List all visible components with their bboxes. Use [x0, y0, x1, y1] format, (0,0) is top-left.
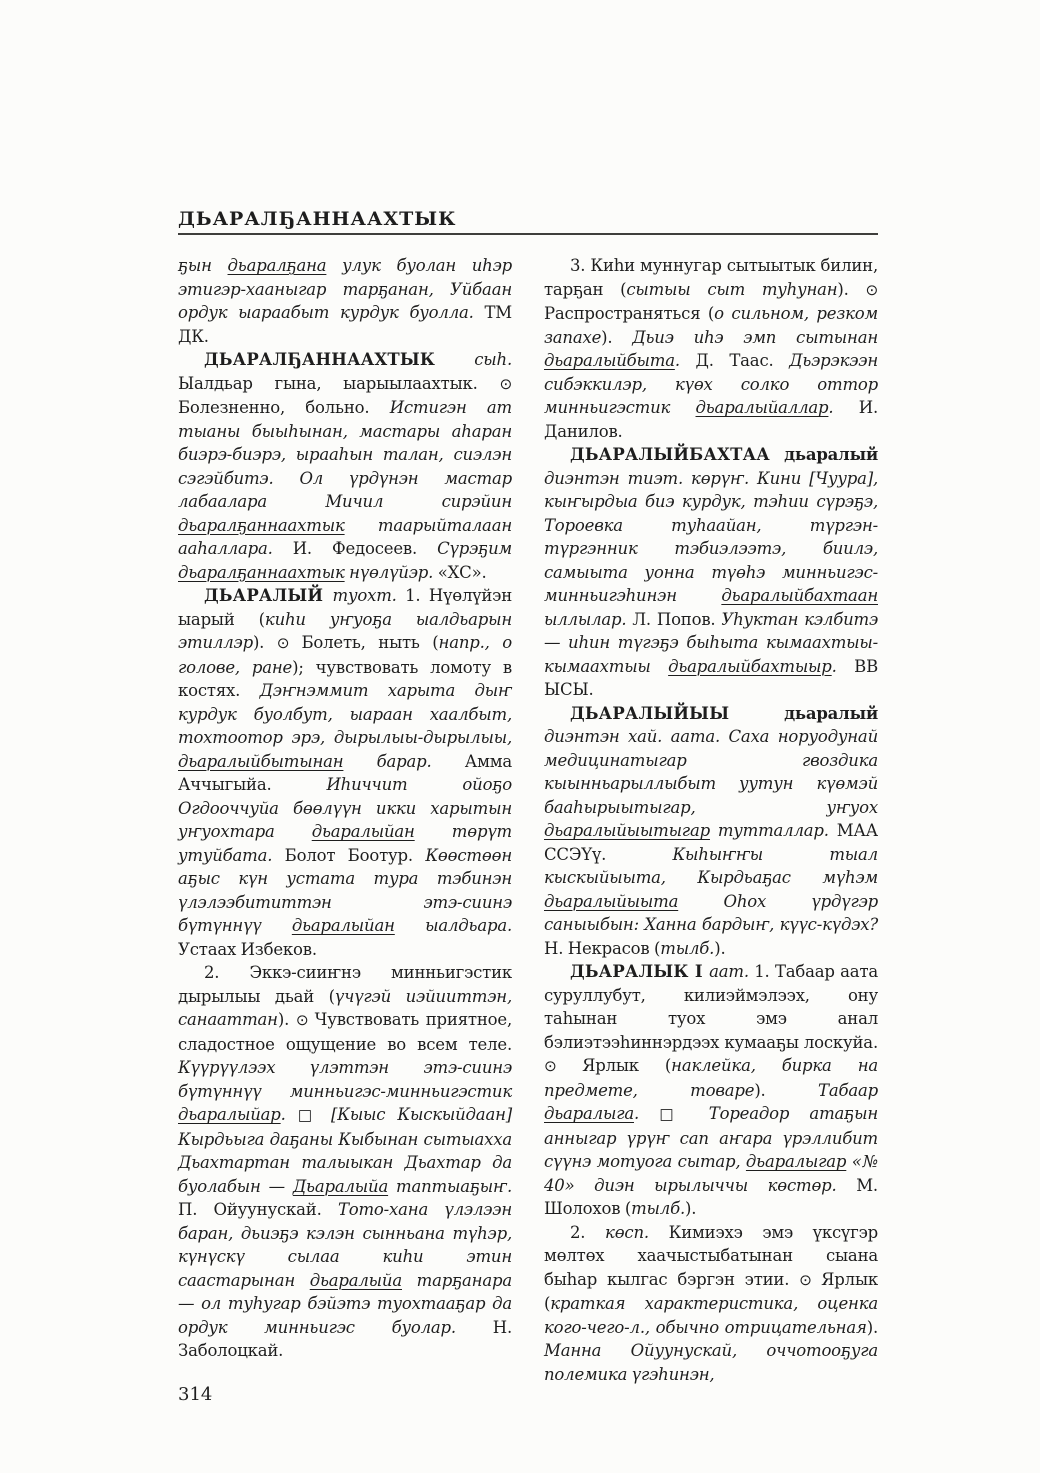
text-run: Л. Попов.	[626, 610, 721, 629]
text-run: сытыы сыт туһунан	[626, 280, 837, 299]
underlined-usage: дьаралыйа	[310, 1271, 402, 1290]
text-run: И. Федосеев.	[273, 539, 437, 558]
text-run: нүөлүйэр.	[345, 563, 434, 582]
underlined-usage: дьаралыйбахтаан	[721, 586, 878, 605]
underlined-usage: дьаралыйбытынан	[178, 752, 343, 771]
text-run: ).	[685, 1199, 696, 1218]
example-marker-icon: □	[298, 1106, 331, 1124]
entry-dyaralyi: ДЬАРАЛЫЙ туохт. 1. Нүөлүйэн ыарый (киһи …	[178, 584, 512, 961]
left-column: ҕын дьаралҕана улук буолан иһэр этигэр-х…	[178, 254, 512, 1406]
sense-2-paragraph: 2. Эккэ-сииҥнэ минньигэстик дырылыы дьай…	[178, 961, 512, 1363]
headword: ДЬАРАЛЫК I	[570, 962, 709, 981]
text-run: тылб.	[631, 1199, 685, 1218]
text-run: ).	[754, 1081, 818, 1100]
definition-marker-icon: ⊙	[866, 281, 879, 299]
header-rule	[178, 233, 878, 235]
crossref-headword: дьаралый	[784, 445, 878, 464]
text-run: краткая характеристика, оценка кого-чего…	[544, 1294, 878, 1337]
underlined-usage: дьаралыйбыта	[544, 351, 675, 370]
text-run: .	[634, 1104, 659, 1123]
text-run: Ярлык (	[582, 1056, 671, 1075]
underlined-usage: дьаралыга	[544, 1104, 634, 1123]
text-run: Устаах Избеков.	[178, 940, 317, 959]
text-run: Болезненно, больно.	[178, 398, 390, 417]
entry-dyaralgannaakhtyk: ДЬАРАЛҔАННААХТЫК сыһ. Ыалдьар гына, ыары…	[178, 348, 512, 584]
text-run: ).	[278, 1010, 296, 1029]
text-run: «ХС».	[433, 563, 486, 582]
definition-marker-icon: ⊙	[296, 1011, 315, 1029]
text-run: Табаар	[818, 1081, 878, 1100]
headword: ДЬАРАЛҔАННААХТЫК	[204, 350, 474, 369]
continuation-paragraph: ҕын дьаралҕана улук буолан иһэр этигэр-х…	[178, 254, 512, 348]
entry-dyaralyibakhtaa: ДЬАРАЛЫЙБАХТАА дьаралый диэнтэн тиэт. кө…	[544, 443, 878, 702]
underlined-usage: дьаралыйан	[312, 822, 415, 841]
text-run: Распространяться (	[544, 304, 714, 323]
underlined-usage: дьаралыйар	[178, 1105, 281, 1124]
text-run: таптыаҕыҥ.	[388, 1177, 512, 1196]
entry-dyaralyiyy: ДЬАРАЛЫЙЫЫ дьаралый диэнтэн хай. аата. С…	[544, 702, 878, 961]
text-run: аат.	[709, 962, 754, 981]
underlined-usage: дьаралыйан	[292, 916, 395, 935]
underlined-usage: дьаралҕаннаахтык	[178, 516, 345, 535]
right-column: 3. Киһи муннугар сытыытык билин, тарҕан …	[544, 254, 878, 1386]
definition-marker-icon: ⊙	[277, 634, 302, 652]
dictionary-page: ДЬАРАЛҔАННААХТЫК ҕын дьаралҕана улук буо…	[0, 0, 1040, 1473]
example-marker-icon: □	[659, 1105, 709, 1123]
text-run: Ыалдьар гына, ыарыылаахтык.	[178, 374, 499, 393]
crossref-headword: дьаралый	[784, 704, 878, 723]
sense-3-paragraph: 3. Киһи муннугар сытыытык билин, тарҕан …	[544, 254, 878, 443]
text-run: диэнтэн хай. аата. Саха норуодунай медиц…	[544, 727, 878, 817]
text-run: көсп.	[605, 1223, 669, 1242]
text-run: Болеть, ныть (	[301, 633, 438, 652]
text-run: туохт.	[333, 586, 406, 605]
underlined-usage: дьаралҕана	[228, 256, 327, 275]
text-run: П. Ойуунускай.	[178, 1200, 338, 1219]
text-run: сыһ.	[474, 350, 512, 369]
definition-marker-icon: ⊙	[544, 1057, 582, 1075]
text-run: Н. Некрасов (	[544, 939, 660, 958]
text-run: Күүрүүлээх үлэттэн этэ-сиинэ бүтүннүү ми…	[178, 1058, 512, 1101]
definition-marker-icon: ⊙	[499, 375, 512, 393]
text-run: ).	[867, 1318, 878, 1337]
text-run: ).	[601, 328, 632, 347]
text-run: тутталлар.	[710, 821, 829, 840]
text-run: ).	[253, 633, 277, 652]
text-run: диэнтэн тиэт. көрүҥ. Кини [Чуура], кыҥыр…	[544, 469, 878, 606]
text-run: ).	[714, 939, 725, 958]
text-run: Дьиэ иһэ эмп сытынан	[632, 328, 878, 347]
text-run: 2.	[570, 1223, 605, 1242]
headword: ДЬАРАЛЫЙБАХТАА	[570, 445, 784, 464]
text-run: ).	[837, 280, 865, 299]
underlined-usage: дьаралҕаннаахтык	[178, 563, 345, 582]
underlined-usage: дьаралыйыытыгар	[544, 821, 710, 840]
text-run: барар.	[343, 752, 431, 771]
underlined-usage: Дьаралыйа	[293, 1177, 388, 1196]
text-run: Сүрэҕим	[437, 539, 512, 558]
text-run: Д. Таас.	[680, 351, 789, 370]
page-number: 314	[178, 1383, 512, 1406]
sense-2-paragraph: 2. көсп. Кимиэхэ эмэ үксүгэр мөлтөх хаач…	[544, 1221, 878, 1387]
headword: ДЬАРАЛЫЙ	[204, 586, 333, 605]
text-run: ҕын	[178, 256, 228, 275]
underlined-usage: дьаралыгар	[746, 1152, 846, 1171]
text-run: .	[281, 1105, 298, 1124]
underlined-usage: дьаралыйыыта	[544, 892, 678, 911]
text-run: ыалдьара.	[395, 916, 512, 935]
text-run: тылб.	[660, 939, 714, 958]
definition-marker-icon: ⊙	[799, 1271, 821, 1289]
text-run: ыллылар.	[544, 610, 626, 629]
text-run: Манна Ойуунускай, оччотооҕуга полемика ү…	[544, 1341, 878, 1384]
text-run: Болот Боотур.	[272, 846, 425, 865]
text-columns: ҕын дьаралҕана улук буолан иһэр этигэр-х…	[178, 254, 878, 1406]
underlined-usage: дьаралыйаллар	[696, 398, 829, 417]
headword: ДЬАРАЛЫЙЫЫ	[570, 704, 784, 723]
underlined-usage: дьаралыйбахтыыр	[668, 657, 832, 676]
running-head: ДЬАРАЛҔАННААХТЫК	[178, 208, 456, 230]
entry-dyaralyk-1: ДЬАРАЛЫК I аат. 1. Табаар аата суруллубу…	[544, 960, 878, 1221]
